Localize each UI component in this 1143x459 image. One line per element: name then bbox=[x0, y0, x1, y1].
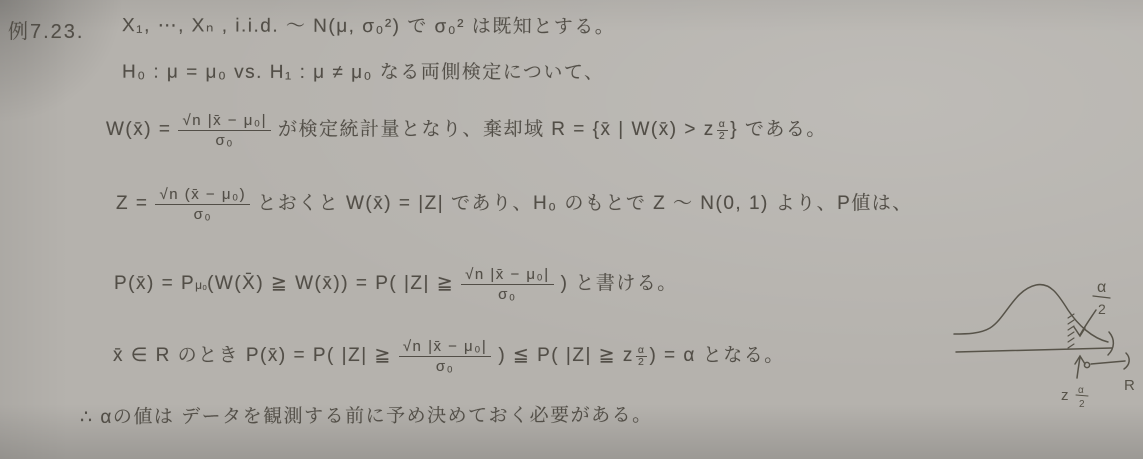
p-value-line: P(x̄) = Pμ₀(W(X̄) ≧ W(x̄)) = P( |Z| ≧√n … bbox=[114, 266, 678, 304]
x-axis bbox=[956, 348, 1112, 352]
interval-endpoint bbox=[1084, 362, 1089, 367]
text-segment: ) = α となる。 bbox=[649, 345, 784, 368]
text-segment: } である。 bbox=[730, 119, 827, 142]
test-statistic-line: W(x̄) =√n |x̄ − μ₀|σ₀が検定統計量となり、棄却域 R = {… bbox=[106, 112, 827, 150]
notebook-paper: 例7.23. X₁, ⋯, Xₙ , i.i.d. ～ N(μ, σ₀²) で … bbox=[0, 0, 1143, 459]
fraction-denominator: σ₀ bbox=[215, 131, 233, 149]
rejection-region-label: R bbox=[1124, 377, 1135, 394]
normal-curve-sketch: α 2 z α 2 R bbox=[946, 268, 1143, 423]
text-segment: X₁, ⋯, Xₙ , i.i.d. ～ N(μ, σ₀²) で σ₀² は既知… bbox=[122, 15, 615, 40]
text-segment: とおくと W(x̄) = |Z| であり、H₀ のもとで Z ～ N(0, 1)… bbox=[257, 193, 913, 216]
text-segment: ) と書ける。 bbox=[561, 273, 678, 296]
subscript-denominator: 2 bbox=[638, 357, 645, 368]
fraction: √n |x̄ − μ₀|σ₀ bbox=[399, 338, 492, 376]
z-sub-two: 2 bbox=[1079, 399, 1085, 410]
axis-end-paren bbox=[1108, 332, 1113, 355]
fraction-numerator: √n |x̄ − μ₀| bbox=[399, 338, 492, 357]
text-segment: Z = bbox=[116, 193, 148, 216]
text-segment: (W(X̄) ≧ W(x̄)) = P( |Z| ≧ bbox=[207, 273, 454, 296]
stacked-subscript: α2 bbox=[636, 345, 648, 368]
alpha-denominator-label: 2 bbox=[1098, 301, 1106, 317]
setup-statement: X₁, ⋯, Xₙ , i.i.d. ～ N(μ, σ₀²) で σ₀² は既知… bbox=[122, 15, 615, 40]
text-segment: ) ≦ P( |Z| ≧ z bbox=[498, 345, 634, 368]
inequality-line: x̄ ∈ R のとき P(x̄) = P( |Z| ≧√n |x̄ − μ₀|σ… bbox=[113, 338, 785, 376]
text-segment: H₀ : μ = μ₀ vs. H₁ : μ ≠ μ₀ なる両側検定について、 bbox=[122, 62, 605, 86]
z-definition-line: Z =√n (x̄ − μ₀)σ₀とおくと W(x̄) = |Z| であり、H₀… bbox=[116, 186, 913, 224]
bell-curve bbox=[954, 285, 1108, 342]
text-segment: W(x̄) = bbox=[106, 119, 171, 142]
example-number: 例7.23. bbox=[8, 20, 84, 44]
fraction-numerator: √n (x̄ − μ₀) bbox=[155, 186, 250, 205]
fraction: √n |x̄ − μ₀|σ₀ bbox=[461, 266, 554, 304]
text-segment: 例7.23. bbox=[8, 20, 84, 44]
subscript: μ₀ bbox=[195, 278, 207, 292]
text-segment: P(x̄) = P bbox=[114, 273, 195, 296]
hypotheses-statement: H₀ : μ = μ₀ vs. H₁ : μ ≠ μ₀ なる両側検定について、 bbox=[122, 62, 605, 86]
fraction-denominator: σ₀ bbox=[194, 205, 212, 223]
fraction: √n |x̄ − μ₀|σ₀ bbox=[178, 112, 271, 150]
alpha-label: α bbox=[1097, 279, 1106, 296]
fraction: √n (x̄ − μ₀)σ₀ bbox=[155, 186, 250, 224]
text-segment: x̄ ∈ R のとき P(x̄) = P( |Z| ≧ bbox=[113, 345, 392, 368]
text-segment: が検定統計量となり、棄却域 R = {x̄ | W(x̄) > z bbox=[278, 119, 715, 142]
conclusion-line: ∴ αの値は データを観測する前に予め決めておく必要がある。 bbox=[80, 405, 653, 430]
fraction-denominator: σ₀ bbox=[436, 357, 454, 375]
stacked-subscript: α2 bbox=[717, 119, 729, 142]
subscript-denominator: 2 bbox=[719, 131, 726, 142]
z-sub-alpha: α bbox=[1078, 385, 1084, 396]
normal-curve-svg: α 2 z α 2 R bbox=[946, 268, 1143, 423]
shaded-tail-hatch bbox=[1068, 314, 1074, 348]
interval-line bbox=[1091, 361, 1125, 364]
fraction-numerator: √n |x̄ − μ₀| bbox=[178, 112, 271, 131]
text-segment: ∴ αの値は データを観測する前に予め決めておく必要がある。 bbox=[80, 405, 653, 430]
z-cutoff-label: z bbox=[1061, 387, 1069, 404]
alpha-frac-bar bbox=[1093, 296, 1110, 298]
fraction-denominator: σ₀ bbox=[498, 285, 516, 303]
fraction-numerator: √n |x̄ − μ₀| bbox=[461, 266, 554, 285]
